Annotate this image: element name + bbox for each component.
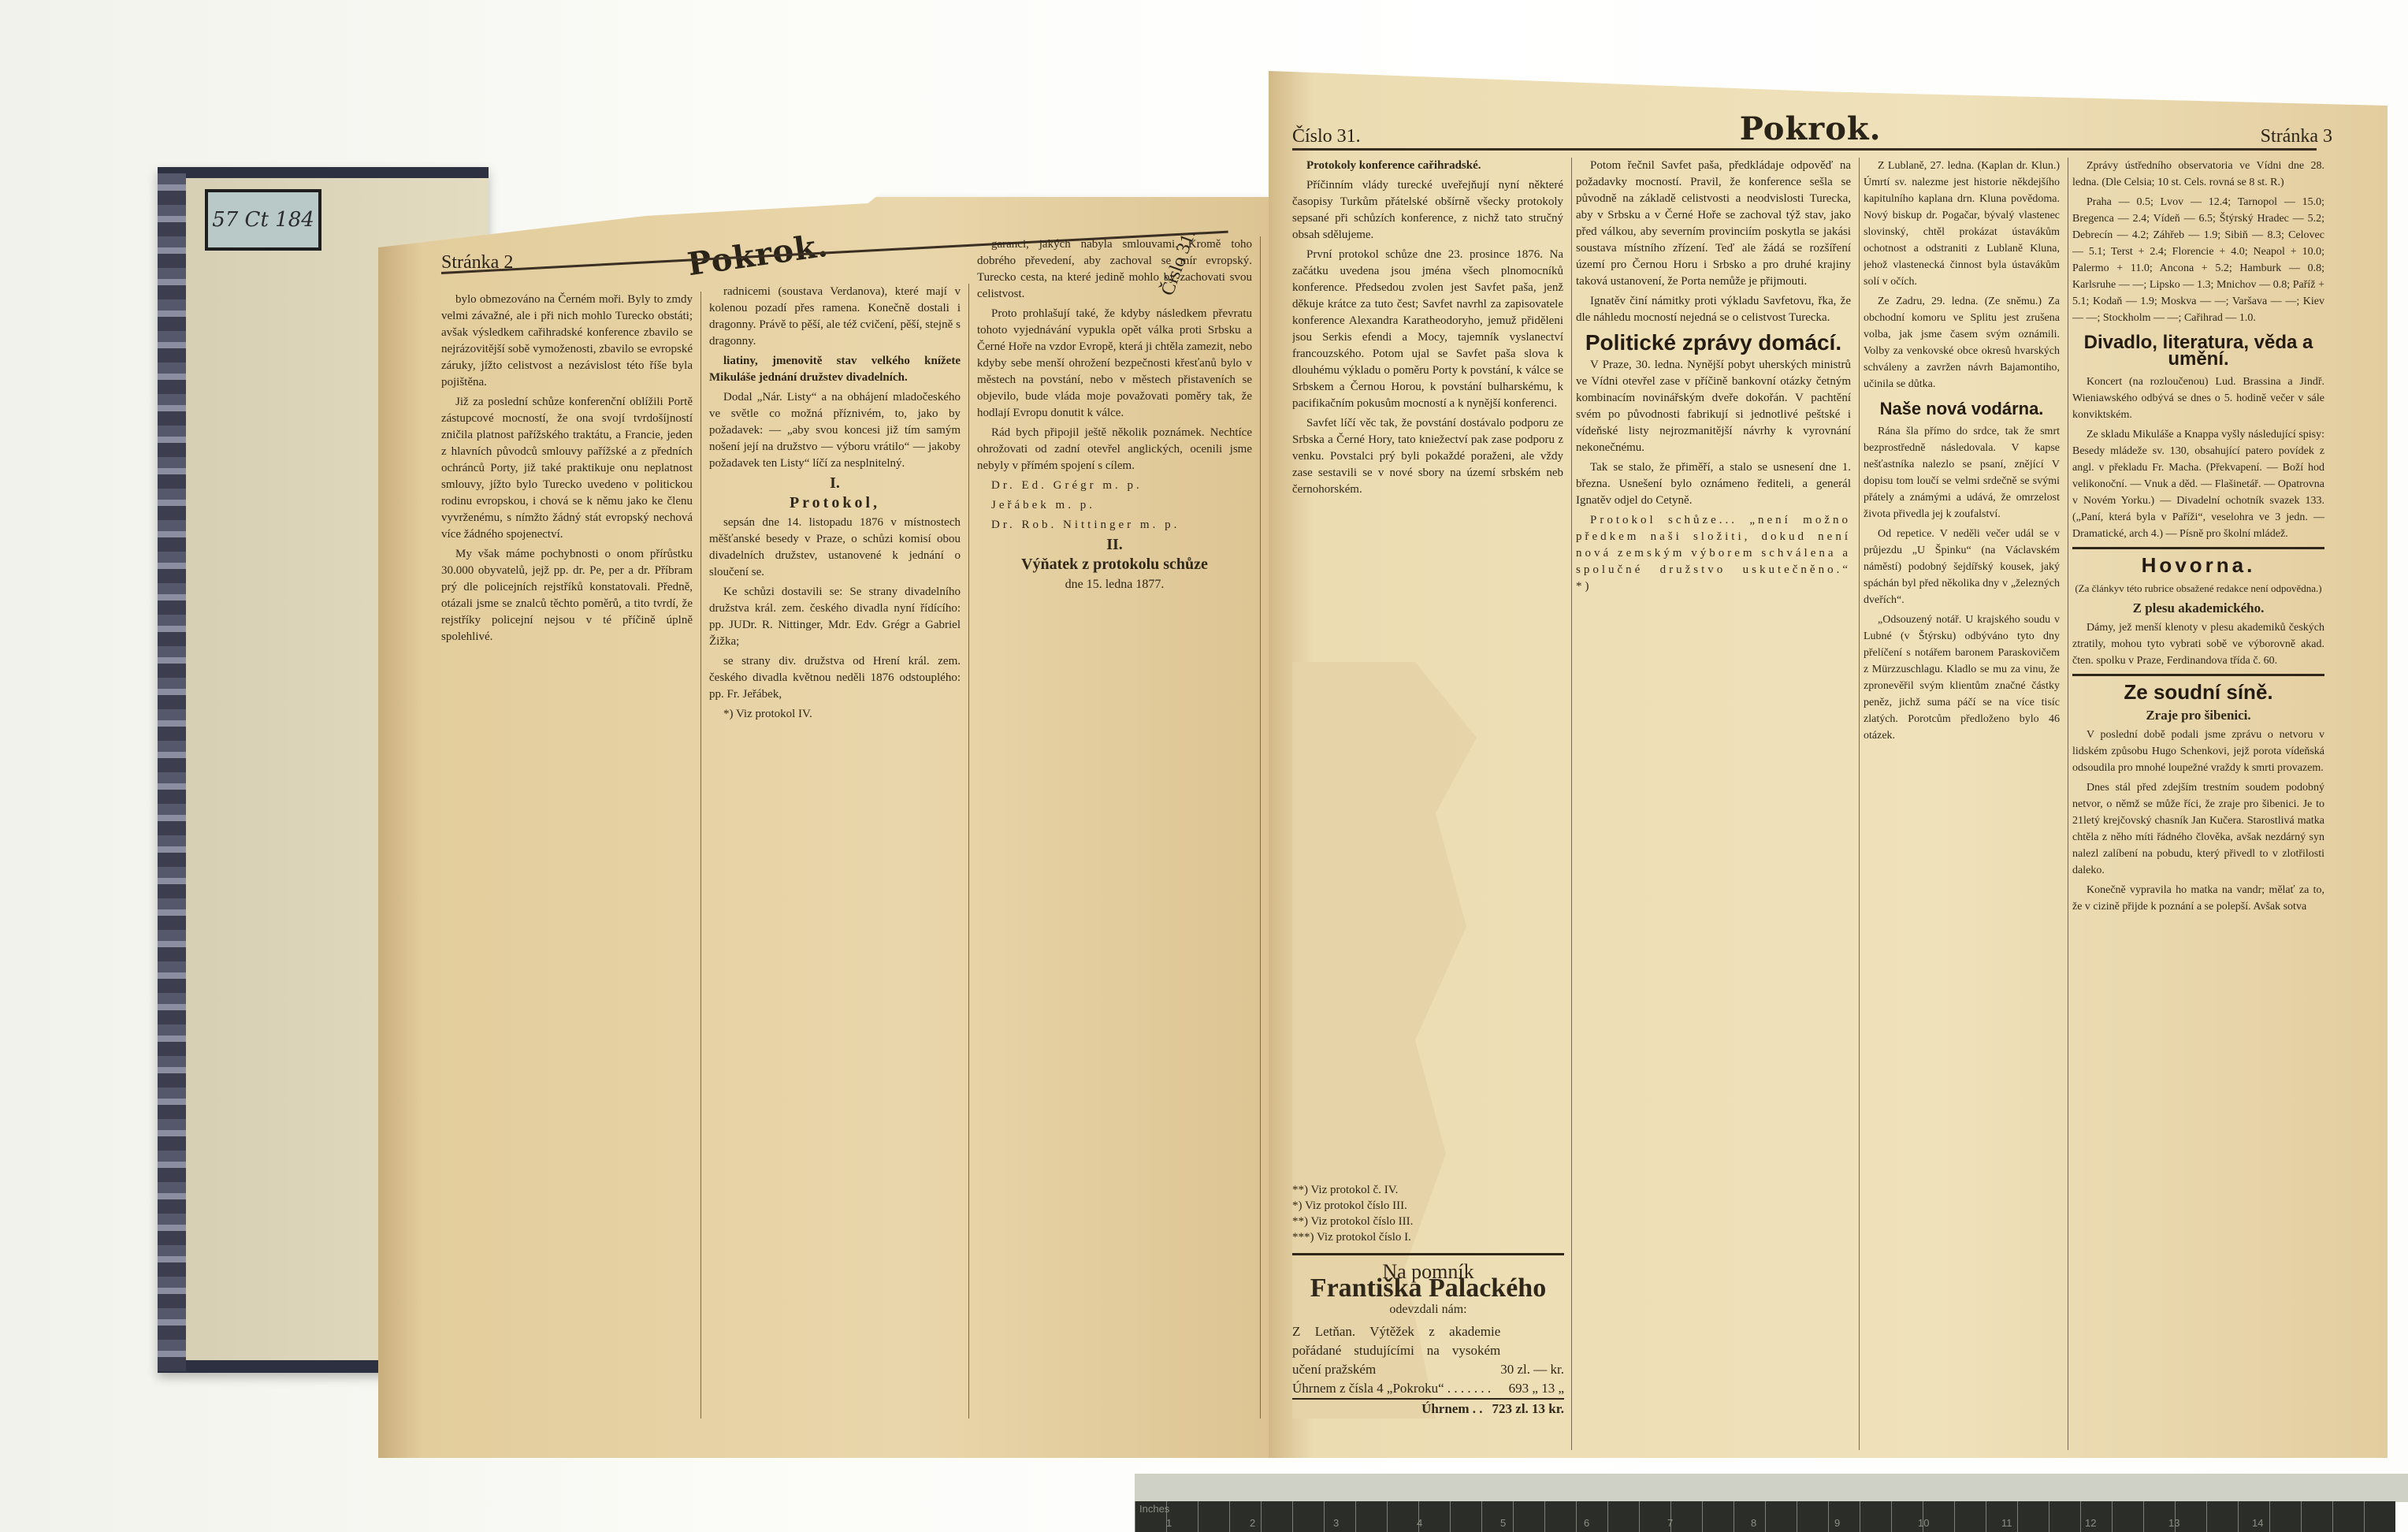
footnote: ***) Viz protokol číslo I. [1292, 1229, 1564, 1245]
paragraph: Ke schůzi dostavili se: Se strany divade… [709, 584, 961, 650]
right-masthead: Pokrok. [1740, 110, 1882, 147]
ruler-mark: 5 [1500, 1517, 1557, 1529]
ruler-mark: 11 [2001, 1517, 2058, 1529]
donation-row: Z Letňan. Výtěžek z akademie pořádané st… [1292, 1322, 1564, 1379]
donation-amount: 693 „ 13 „ [1509, 1379, 1564, 1398]
donation-total-amount: 723 zl. 13 kr. [1492, 1400, 1564, 1419]
protocol-number: II. [977, 537, 1252, 553]
section-title-vodarna: Naše nová vodárna. [1864, 400, 2060, 417]
divider [2072, 547, 2324, 549]
paragraph: Od repetice. V neděli večer udál se v pr… [1864, 526, 2060, 608]
section-note: (Za článkyv této rubrice obsažené redakc… [2072, 580, 2324, 597]
right-column-3: Z Lublaně, 27. ledna. (Kaplan dr. Klun.)… [1864, 158, 2068, 1450]
shelf-label: 57 Ct 184 [205, 189, 321, 251]
paragraph: Savfet líčí věc tak, že povstání dostáva… [1292, 415, 1563, 498]
ruler-mark: 8 [1751, 1517, 1808, 1529]
right-column-2: Potom řečnil Savfet paša, předkládaje od… [1576, 158, 1860, 1450]
donation-heading-large: Františka Palackého [1292, 1280, 1564, 1296]
paragraph: Dodal „Nár. Listy“ a na obhájení mladoče… [709, 389, 961, 472]
signature: Dr. Rob. Nittinger m. p. [977, 517, 1252, 534]
right-page-number: Stránka 3 [2261, 126, 2332, 147]
paragraph: liatiny, jmenovitě stav velkého knížete … [709, 353, 961, 386]
paragraph: Dámy, jež menší klenoty v plesu akademik… [2072, 619, 2324, 669]
donation-source: Úhrnem z čísla 4 „Pokroku“ . . . . . . . [1292, 1379, 1491, 1398]
measuring-ruler: Inches 1234567891011121314 [1135, 1501, 2395, 1532]
donation-total-label: Úhrnem . . [1421, 1400, 1482, 1419]
paragraph: Z Lublaně, 27. ledna. (Kaplan dr. Klun.)… [1864, 158, 2060, 290]
section-subtitle: Zraje pro šibenici. [2072, 707, 2324, 723]
section-title-politicke-zpravy: Politické zprávy domácí. [1576, 334, 1851, 351]
divider [1292, 1253, 1564, 1255]
paragraph: Potom řečnil Savfet paša, předkládaje od… [1576, 158, 1851, 290]
right-page-header: Číslo 31. Pokrok. Stránka 3 [1292, 110, 2332, 147]
ruler-unit-label: Inches [1139, 1503, 1169, 1515]
paragraph: Dnes stál před zdejším trestním soudem p… [2072, 779, 2324, 879]
ruler-mark: 6 [1584, 1517, 1641, 1529]
footnote: **) Viz protokol č. IV. [1292, 1182, 1564, 1198]
right-issue-number: Číslo 31. [1292, 126, 1361, 147]
paragraph: Protokol schůze... „není možno předkem n… [1576, 512, 1851, 595]
paragraph: garanci, jakých nabyla smlouvami. Kromě … [977, 236, 1252, 303]
ruler-mark: 3 [1333, 1517, 1390, 1529]
section-subtitle: Z plesu akademického. [2072, 600, 2324, 616]
ruler-mark: 13 [2168, 1517, 2225, 1529]
paragraph: Proto prohlašují také, že kdyby následke… [977, 306, 1252, 422]
weather-intro: Zprávy ústředního observatoria ve Vídni … [2072, 158, 2324, 191]
ruler-mark: 14 [2252, 1517, 2309, 1529]
article-title: Protokoly konference cařihradské. [1306, 159, 1481, 172]
paragraph: Ze skladu Mikuláše a Knappa vyšly násled… [2072, 426, 2324, 542]
right-column-1: Protokoly konference cařihradské. Příčin… [1292, 158, 1572, 1450]
protocol-title: Protokol, [709, 495, 961, 511]
paragraph: bylo obmezováno na Černém moři. Byly to … [441, 292, 693, 391]
ruler-mark: 2 [1250, 1517, 1306, 1529]
paragraph: Konečně vypravila ho matka na vandr; měl… [2072, 882, 2324, 915]
paragraph: Tak se stalo, že přiměří, a stalo se usn… [1576, 459, 1851, 509]
paragraph: Rád bych připojil ještě několik poznámek… [977, 425, 1252, 474]
paragraph: radnicemi (soustava Verdanova), které ma… [709, 284, 961, 350]
section-title-hovorna: Hovorna. [2072, 557, 2324, 574]
footnote: *) Viz protokol číslo III. [1292, 1198, 1564, 1214]
donation-source: Z Letňan. Výtěžek z akademie pořádané st… [1292, 1322, 1500, 1379]
weather-readings: Praha — 0.5; Lvov — 12.4; Tarnopol — 15.… [2072, 194, 2324, 326]
ruler-mark: 1 [1166, 1517, 1223, 1529]
donation-amount: 30 zl. — kr. [1500, 1360, 1564, 1379]
section-title-soudni-sine: Ze soudní síně. [2072, 684, 2324, 701]
donation-subheading: odevzdali nám: [1292, 1301, 1564, 1318]
marbled-spine-edge [158, 173, 186, 1371]
section-title-divadlo: Divadlo, literatura, věda a umění. [2072, 334, 2324, 367]
paragraph: My však máme pochybnosti o onom přírůstk… [441, 546, 693, 645]
ruler-mark: 10 [1918, 1517, 1975, 1529]
footnote: **) Viz protokol číslo III. [1292, 1214, 1564, 1229]
ruler-mark: 12 [2085, 1517, 2142, 1529]
ruler-backing-board [1135, 1474, 2408, 1502]
ruler-cm-marks: 1234567891011121314 [1166, 1517, 2309, 1529]
protocol-date: dne 15. ledna 1877. [977, 576, 1252, 593]
paragraph: Ze Zadru, 29. ledna. (Ze sněmu.) Za obch… [1864, 293, 2060, 392]
donation-row: Úhrnem z čísla 4 „Pokroku“ . . . . . . .… [1292, 1379, 1564, 1398]
left-column-1: bylo obmezováno na Černém moři. Byly to … [441, 292, 701, 1419]
left-column-3: garanci, jakých nabyla smlouvami. Kromě … [977, 236, 1261, 1419]
ruler-mark: 4 [1417, 1517, 1473, 1529]
paragraph: Příčinním vlády turecké uveřejňují nyní … [1292, 177, 1563, 244]
paragraph: „Odsouzený notář. U krajského soudu v Lu… [1864, 612, 2060, 744]
paragraph: První protokol schůze dne 23. prosince 1… [1292, 247, 1563, 412]
paragraph: Ignatěv činí námitky proti výkladu Savfe… [1576, 293, 1851, 326]
palacky-monument-donations: Na pomník Františka Palackého odevzdali … [1292, 1263, 1564, 1419]
right-column-4: Zprávy ústředního observatoria ve Vídni … [2072, 158, 2332, 1450]
protocol-number: I. [709, 475, 961, 492]
paragraph: Koncert (na rozloučenou) Lud. Brassina a… [2072, 374, 2324, 423]
footnote: *) Viz protokol IV. [709, 706, 961, 722]
paragraph: V poslední době podali jsme zprávu o net… [2072, 727, 2324, 776]
paragraph: V Praze, 30. ledna. Nynější pobyt uhersk… [1576, 357, 1851, 456]
divider [2072, 674, 2324, 676]
ruler-mark: 9 [1834, 1517, 1891, 1529]
paragraph: Již za poslední schůze konferenční oblíž… [441, 394, 693, 543]
signature: Dr. Ed. Grégr m. p. [977, 478, 1252, 494]
protocol-title: Výňatek z protokolu schůze [977, 556, 1252, 573]
signature: Jeřábek m. p. [977, 497, 1252, 514]
right-header-rule [1292, 148, 2317, 151]
donation-total-row: Úhrnem . . 723 zl. 13 kr. [1292, 1398, 1564, 1419]
paragraph: Rána šla přímo do srdce, tak že smrt bez… [1864, 423, 2060, 522]
paragraph: sepsán dne 14. listopadu 1876 v místnost… [709, 515, 961, 581]
paragraph: se strany div. družstva od Hrení král. z… [709, 653, 961, 703]
ruler-mark: 7 [1667, 1517, 1724, 1529]
left-column-2: radnicemi (soustava Verdanova), které ma… [709, 284, 969, 1419]
